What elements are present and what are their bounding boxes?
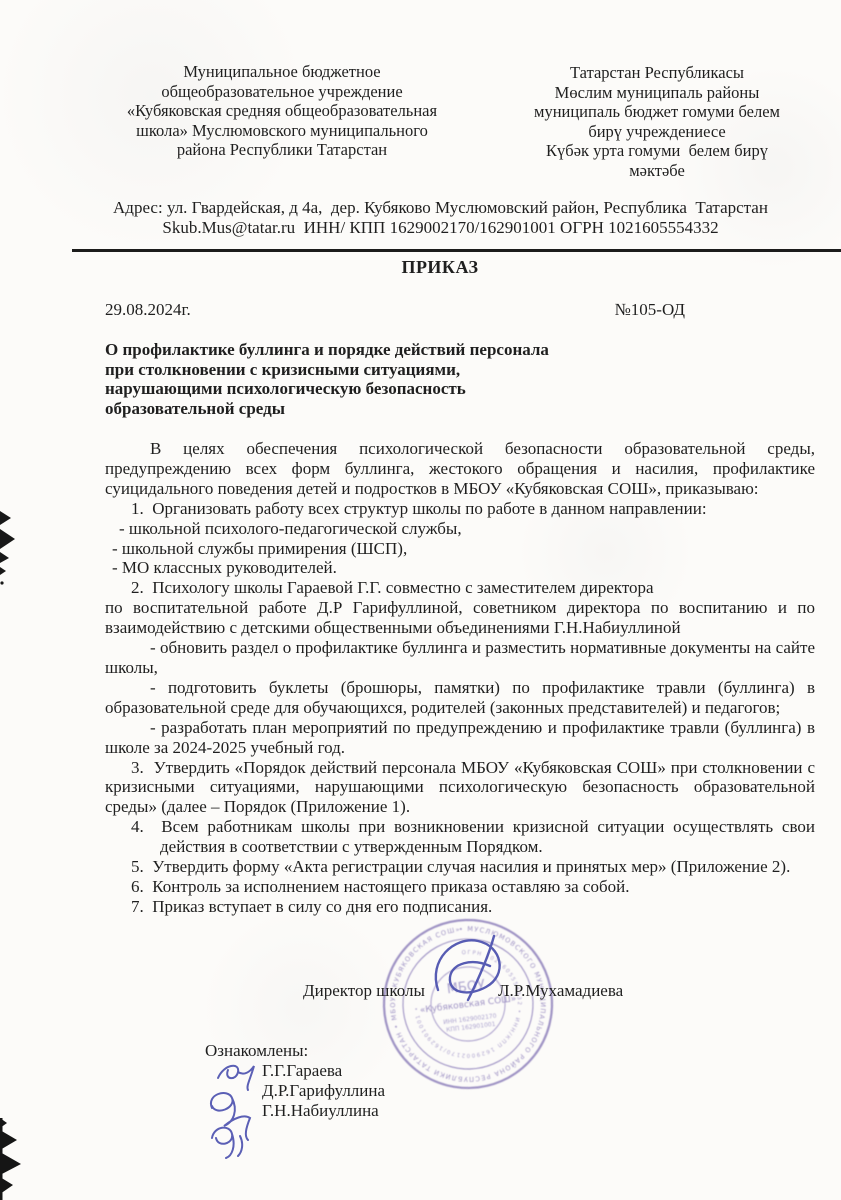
paragraph: по воспитательной работе Д.Р Гарифуллино… <box>105 598 815 638</box>
subject-line: образовательной среды <box>105 399 705 419</box>
item-number: 7. <box>131 897 144 916</box>
org-name-line: муниципаль бюджет гомуми белем <box>491 102 823 122</box>
item-number: 5. <box>131 857 144 876</box>
paragraph: - МО классных руководителей. <box>105 558 815 578</box>
address-line: Адрес: ул. Гвардейская, д 4а, дер. Кубяк… <box>50 198 831 218</box>
acknowledged-name: Д.Р.Гарифуллина <box>262 1081 385 1101</box>
paragraph: В целях обеспечения психологической безо… <box>105 439 815 499</box>
org-name-line: школа» Муслюмовского муниципального <box>96 121 468 141</box>
scan-artifact-bottom-left <box>0 1118 24 1200</box>
item-number: 4. <box>131 817 144 836</box>
paragraph: 1. Организовать работу всех структур шко… <box>105 499 815 519</box>
address-block: Адрес: ул. Гвардейская, д 4а, дер. Кубяк… <box>50 198 831 238</box>
paragraph: - разработать план мероприятий по предуп… <box>105 718 815 758</box>
scan-artifact-left-edge <box>0 505 16 591</box>
paragraph: - подготовить буклеты (брошюры, памятки)… <box>105 678 815 718</box>
paragraph: 4. Всем работникам школы при возникновен… <box>105 817 815 857</box>
order-number: №105-ОД <box>615 300 685 320</box>
acknowledged-name: Г.Г.Гараева <box>262 1061 385 1081</box>
item-number: 6. <box>131 877 144 896</box>
paragraph: 2. Психологу школы Гараевой Г.Г. совмест… <box>105 578 815 598</box>
org-name-russian: Муниципальное бюджетноеобщеобразовательн… <box>96 62 468 180</box>
org-name-line: Күбәк урта гомуми белем бирү <box>491 141 823 161</box>
document-title: ПРИКАЗ <box>0 257 841 278</box>
header-divider <box>72 249 841 252</box>
order-subject: О профилактике буллинга и порядке действ… <box>105 340 705 418</box>
date-number-row: 29.08.2024г. №105-ОД <box>105 300 685 320</box>
letterhead: Муниципальное бюджетноеобщеобразовательн… <box>96 62 823 180</box>
paragraph: 5. Утвердить форму «Акта регистрации слу… <box>105 857 815 877</box>
scanned-document-page: Муниципальное бюджетноеобщеобразовательн… <box>0 0 841 1200</box>
director-name: Л.Р.Мухамадиева <box>498 981 623 1001</box>
org-name-line: бирү учреждениесе <box>491 122 823 142</box>
org-name-line: общеобразовательное учреждение <box>96 82 468 102</box>
org-name-line: «Кубяковская средняя общеобразовательная <box>96 101 468 121</box>
org-name-line: Мөслим муниципаль районы <box>491 83 823 103</box>
paragraph: 7. Приказ вступает в силу со дня его под… <box>105 897 815 917</box>
org-name-line: Муниципальное бюджетное <box>96 62 468 82</box>
acknowledged-signatures-ink <box>204 1056 276 1160</box>
director-role-label: Директор школы <box>303 981 425 1001</box>
order-date: 29.08.2024г. <box>105 300 191 320</box>
director-signature-ink <box>418 928 530 1016</box>
org-name-tatar: Татарстан РеспубликасыМөслим муниципаль … <box>491 62 823 180</box>
subject-line: О профилактике буллинга и порядке действ… <box>105 340 705 360</box>
subject-line: нарушающими психологическую безопасность <box>105 379 705 399</box>
subject-line: при столкновении с кризисными ситуациями… <box>105 360 705 380</box>
acknowledged-name: Г.Н.Набиуллина <box>262 1101 385 1121</box>
paragraph: - школьной психолого-педагогической служ… <box>105 519 815 539</box>
paragraph: - обновить раздел о профилактике буллинг… <box>105 638 815 678</box>
org-name-line: мәктәбе <box>491 161 823 181</box>
order-body: В целях обеспечения психологической безо… <box>105 439 815 917</box>
paragraph: 3. Утвердить «Порядок действий персонала… <box>105 758 815 818</box>
acknowledged-names: Г.Г.ГараеваД.Р.ГарифуллинаГ.Н.Набиуллина <box>262 1061 385 1120</box>
org-name-line: Татарстан Республикасы <box>491 63 823 83</box>
address-line: Skub.Mus@tatar.ru ИНН/ КПП 1629002170/16… <box>50 218 831 238</box>
org-name-line: района Республики Татарстан <box>96 140 468 160</box>
paragraph: - школьной службы примирения (ШСП), <box>105 539 815 559</box>
paragraph: 6. Контроль за исполнением настоящего пр… <box>105 877 815 897</box>
